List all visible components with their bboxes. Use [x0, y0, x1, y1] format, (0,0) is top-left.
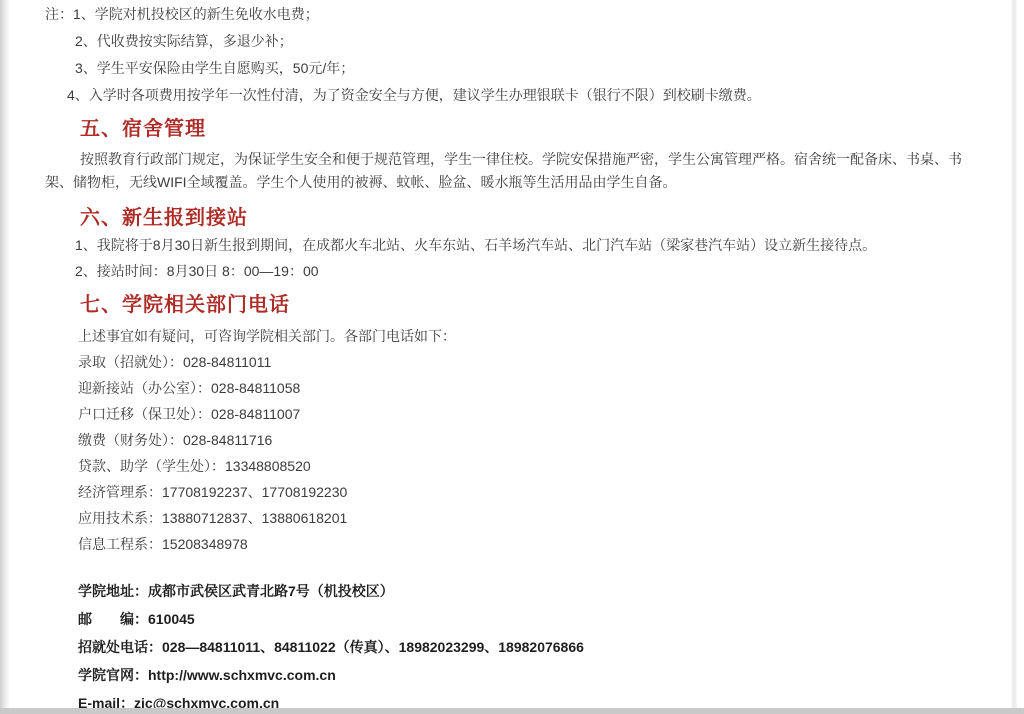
phone-line-residence: 户口迁移（保卫处）：028-84811007 — [78, 407, 994, 422]
note-line-3: 3、学生平安保险由学生自愿购买，50元/年； — [75, 61, 994, 76]
note-line-4: 4、入学时各项费用按学年一次性付清，为了资金安全与方便，建议学生办理银联卡（银行… — [67, 88, 994, 103]
contact-address: 学院地址：成都市武侯区武青北路7号（机投校区） — [78, 584, 994, 599]
phone-line-admission: 录取（招就处）：028-84811011 — [78, 355, 994, 370]
note-line-1: 注：1、学院对机投校区的新生免收水电费； — [45, 7, 994, 22]
contact-phone: 招就处电话：028—84811011、84811022（传真）、18982023… — [78, 640, 994, 655]
phone-line-info-dept: 信息工程系：15208348978 — [78, 537, 994, 552]
section-heading-phones: 七、学院相关部门电话 — [80, 293, 1024, 317]
phone-line-welcome: 迎新接站（办公室）：028-84811058 — [78, 381, 994, 396]
phone-line-payment: 缴费（财务处）：028-84811716 — [78, 433, 994, 448]
section-heading-dormitory: 五、宿舍管理 — [80, 117, 1024, 141]
dormitory-paragraph: 按照教育行政部门规定，为保证学生安全和便于规范管理，学生一律住校。学院安保措施严… — [45, 148, 988, 194]
phone-line-econ-dept: 经济管理系：17708192237、17708192230 — [78, 485, 994, 500]
contact-website: 学院官网：http://www.schxmvc.com.cn — [78, 668, 994, 683]
document-page: 注：1、学院对机投校区的新生免收水电费； 2、代收费按实际结算，多退少补； 3、… — [0, 0, 1024, 714]
note-line-2: 2、代收费按实际结算，多退少补； — [75, 34, 994, 49]
pickup-item-1: 1、我院将于8月30日新生报到期间，在成都火车北站、火车东站、石羊场汽车站、北门… — [75, 238, 994, 253]
scan-edge-bottom — [0, 708, 1024, 714]
contact-postcode: 邮 编：610045 — [78, 612, 994, 627]
phones-intro: 上述事宜如有疑问，可咨询学院相关部门。各部门电话如下： — [78, 329, 994, 344]
pickup-item-2: 2、接站时间：8月30日 8：00—19：00 — [75, 264, 994, 279]
section-heading-pickup: 六、新生报到接站 — [80, 206, 1024, 230]
document-content: 注：1、学院对机投校区的新生免收水电费； 2、代收费按实际结算，多退少补； 3、… — [0, 0, 1024, 711]
phone-line-loans: 贷款、助学（学生处）：13348808520 — [78, 459, 994, 474]
phone-line-tech-dept: 应用技术系：13880712837、13880618201 — [78, 511, 994, 526]
